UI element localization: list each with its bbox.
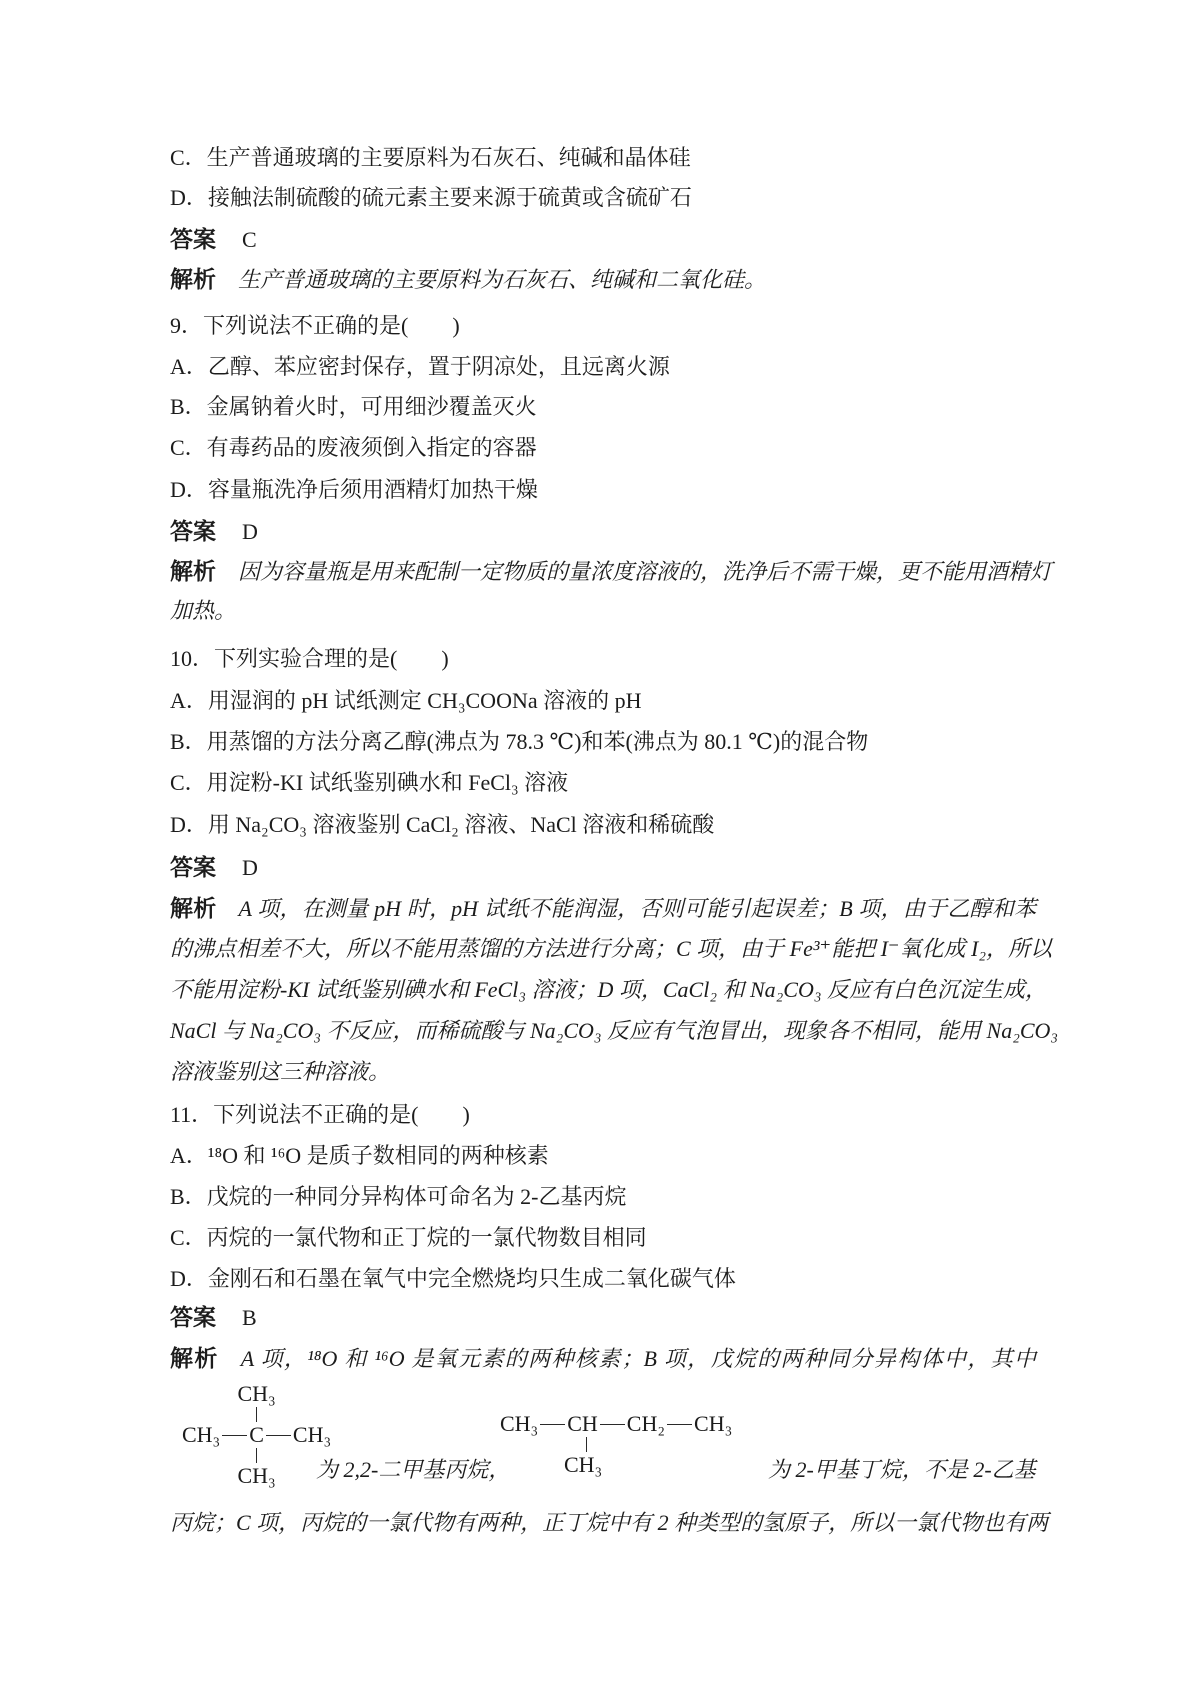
formula-group: CH₃ <box>237 1381 275 1407</box>
vertical-bond <box>256 1448 257 1463</box>
q10-option-a: A．用湿润的 pH 试纸测定 CH₃COONa 溶液的 pH <box>170 681 1036 721</box>
structure-chain: CH₃CCH₃ <box>182 1422 331 1448</box>
horizontal-bond <box>667 1424 692 1425</box>
q9-answer-line: 答案D <box>170 511 1036 552</box>
vertical-bond <box>586 1437 587 1452</box>
formula-group: CH <box>567 1411 598 1437</box>
structure-methylbutane: CH₃CHCH₂CH₃ CH₃ <box>500 1411 732 1478</box>
analysis-text: 生产普通玻璃的主要原料为石灰石、纯碱和二氧化硅。 <box>238 267 766 292</box>
structure-neopentane-caption: 为 2,2-二甲基丙烷， <box>316 1450 510 1490</box>
analysis-label: 解析 <box>170 266 216 292</box>
q10-option-d: D．用 Na₂CO₃ 溶液鉴别 CaCl₂ 溶液、NaCl 溶液和稀硫酸 <box>170 805 1036 845</box>
analysis-text: A 项，在测量 pH 时，pH 试纸不能润湿，否则可能引起误差；B 项，由于乙醇… <box>238 896 1036 921</box>
structure-bottom-group: CH₃ <box>237 1463 275 1489</box>
answer-label: 答案 <box>170 1304 216 1330</box>
q10-analysis-line-2: 的沸点相差不大，所以不能用蒸馏的方法进行分离；C 项，由于 Fe³⁺能把 I⁻氧… <box>170 929 1036 969</box>
q11-stem: 11．下列说法不正确的是( ) <box>170 1095 1036 1135</box>
q10-option-b: B．用蒸馏的方法分离乙醇(沸点为 78.3 ℃)和苯(沸点为 80.1 ℃)的混… <box>170 722 1036 762</box>
q8-option-d: D．接触法制硫酸的硫元素主要来源于硫黄或含硫矿石 <box>170 178 1036 218</box>
answer-label: 答案 <box>170 854 216 880</box>
q11-option-d: D．金刚石和石墨在氧气中完全燃烧均只生成二氧化碳气体 <box>170 1259 1036 1299</box>
answer-value: B <box>242 1305 257 1330</box>
q10-answer-line: 答案D <box>170 847 1036 888</box>
formula-group: CH₃ <box>500 1411 538 1437</box>
analysis-text: 因为容量瓶是用来配制一定物质的量浓度溶液的，洗净后不需干燥，更不能用酒精灯 <box>238 559 1052 584</box>
analysis-label: 解析 <box>170 1345 219 1371</box>
horizontal-bond <box>222 1435 247 1436</box>
q8-option-c: C．生产普通玻璃的主要原料为石灰石、纯碱和晶体硅 <box>170 138 1036 178</box>
formula-group: CH₃ <box>182 1422 220 1448</box>
q11-analysis-line-1: 解析A 项，¹⁸O 和 ¹⁶O 是氧元素的两种核素；B 项，戊烷的两种同分异构体… <box>170 1338 1036 1379</box>
q10-stem: 10．下列实验合理的是( ) <box>170 639 1036 679</box>
structure-top-group: CH₃ <box>237 1381 275 1407</box>
q9-option-b: B．金属钠着火时，可用细沙覆盖灭火 <box>170 387 1036 427</box>
q11-answer-line: 答案B <box>170 1297 1036 1338</box>
vertical-bond <box>256 1407 257 1422</box>
q11-option-a: A．¹⁸O 和 ¹⁶O 是质子数相同的两种核素 <box>170 1136 1036 1176</box>
exam-answer-page: C．生产普通玻璃的主要原料为石灰石、纯碱和晶体硅 D．接触法制硫酸的硫元素主要来… <box>0 0 1200 1698</box>
structure-branch-group: CH₃ <box>564 1452 602 1478</box>
answer-label: 答案 <box>170 226 216 252</box>
horizontal-bond <box>266 1435 291 1436</box>
q10-analysis-line-4: NaCl 与 Na₂CO₃ 不反应，而稀硫酸与 Na₂CO₃ 反应有气泡冒出，现… <box>170 1011 1036 1051</box>
q9-option-d: D．容量瓶洗净后须用酒精灯加热干燥 <box>170 470 1036 510</box>
q8-analysis-line: 解析生产普通玻璃的主要原料为石灰石、纯碱和二氧化硅。 <box>170 259 1036 300</box>
formula-group: CH₃ <box>293 1422 331 1448</box>
q11-analysis-last-line: 丙烷；C 项，丙烷的一氯代物有两种，正丁烷中有 2 种类型的氢原子，所以一氯代物… <box>170 1503 1036 1543</box>
q8-answer-line: 答案C <box>170 219 1036 260</box>
analysis-label: 解析 <box>170 895 216 921</box>
q9-stem: 9．下列说法不正确的是( ) <box>170 306 1036 346</box>
analysis-text: A 项，¹⁸O 和 ¹⁶O 是氧元素的两种核素；B 项，戊烷的两种同分异构体中，… <box>241 1346 1036 1371</box>
formula-group: CH₃ <box>694 1411 732 1437</box>
answer-value: D <box>242 855 258 880</box>
structure-chain: CH₃CHCH₂CH₃ <box>500 1411 732 1437</box>
formula-group: CH₃ <box>237 1463 275 1489</box>
q9-analysis-line-1: 解析因为容量瓶是用来配制一定物质的量浓度溶液的，洗净后不需干燥，更不能用酒精灯 <box>170 551 1036 592</box>
structure-methylbutane-caption: 为 2-甲基丁烷，不是 2-乙基 <box>768 1450 1036 1490</box>
q9-option-c: C．有毒药品的废液须倒入指定的容器 <box>170 428 1036 468</box>
q10-analysis-line-5: 溶液鉴别这三种溶液。 <box>170 1052 1036 1092</box>
formula-group: CH₂ <box>627 1411 665 1437</box>
q10-option-c: C．用淀粉-KI 试纸鉴别碘水和 FeCl₃ 溶液 <box>170 763 1036 803</box>
answer-label: 答案 <box>170 518 216 544</box>
q10-analysis-line-1: 解析A 项，在测量 pH 时，pH 试纸不能润湿，否则可能引起误差；B 项，由于… <box>170 888 1036 929</box>
answer-value: D <box>242 519 258 544</box>
answer-value: C <box>242 227 257 252</box>
structure-neopentane: CH₃ CH₃CCH₃ CH₃ <box>182 1381 331 1489</box>
formula-group: CH₃ <box>564 1452 602 1478</box>
analysis-label: 解析 <box>170 558 216 584</box>
q11-option-b: B．戊烷的一种同分异构体可命名为 2-乙基丙烷 <box>170 1177 1036 1217</box>
formula-group: C <box>249 1422 264 1448</box>
horizontal-bond <box>540 1424 565 1425</box>
q9-option-a: A．乙醇、苯应密封保存，置于阴凉处，且远离火源 <box>170 347 1036 387</box>
q9-analysis-line-2: 加热。 <box>170 591 1036 631</box>
q11-option-c: C．丙烷的一氯代物和正丁烷的一氯代物数目相同 <box>170 1218 1036 1258</box>
horizontal-bond <box>600 1424 625 1425</box>
q10-analysis-line-3: 不能用淀粉-KI 试纸鉴别碘水和 FeCl₃ 溶液；D 项，CaCl₂ 和 Na… <box>170 970 1036 1010</box>
